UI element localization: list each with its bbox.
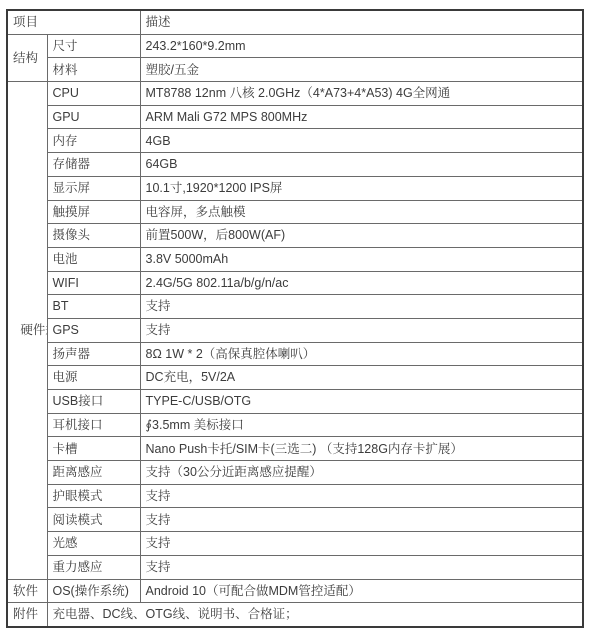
- spec-label: 摄像头: [47, 224, 140, 248]
- spec-label: 内存: [47, 129, 140, 153]
- spec-value: 2.4G/5G 802.11a/b/g/n/ac: [140, 271, 583, 295]
- spec-row: GPS支持: [7, 318, 583, 342]
- spec-sheet-page: 项目 描述 结构尺寸243.2*160*9.2mm材料塑胶/五金硬件规格CPUM…: [0, 0, 593, 634]
- spec-value: ∮3.5mm 美标接口: [140, 413, 583, 437]
- spec-table: 项目 描述 结构尺寸243.2*160*9.2mm材料塑胶/五金硬件规格CPUM…: [6, 9, 584, 628]
- spec-value: 64GB: [140, 153, 583, 177]
- spec-value: Nano Push卡托/SIM卡(三选二) （支持128G内存卡扩展）: [140, 437, 583, 461]
- header-description-cell: 描述: [140, 10, 583, 34]
- spec-row: USB接口TYPE-C/USB/OTG: [7, 390, 583, 414]
- spec-label: 阅读模式: [47, 508, 140, 532]
- spec-value: 4GB: [140, 129, 583, 153]
- spec-label: 电池: [47, 247, 140, 271]
- spec-row: 阅读模式支持: [7, 508, 583, 532]
- spec-row: 触摸屏电容屏，多点触模: [7, 200, 583, 224]
- spec-row: 存储器64GB: [7, 153, 583, 177]
- spec-label: 卡槽: [47, 437, 140, 461]
- group-cell: 硬件规格: [7, 82, 47, 579]
- spec-label: 护眼模式: [47, 484, 140, 508]
- spec-row: 软件OS(操作系统)Android 10（可配合做MDM管控适配）: [7, 579, 583, 603]
- spec-row: 电池3.8V 5000mAh: [7, 247, 583, 271]
- spec-row: 显示屏10.1寸,1920*1200 IPS屏: [7, 176, 583, 200]
- spec-value: 支持: [140, 318, 583, 342]
- spec-label: 扬声器: [47, 342, 140, 366]
- group-cell: 软件: [7, 579, 47, 603]
- spec-label: 电源: [47, 366, 140, 390]
- spec-row: 扬声器8Ω 1W * 2（高保真腔体喇叭）: [7, 342, 583, 366]
- spec-label: 尺寸: [47, 34, 140, 58]
- spec-row: 光感支持: [7, 532, 583, 556]
- spec-value: 塑胶/五金: [140, 58, 583, 82]
- spec-label: 存储器: [47, 153, 140, 177]
- group-cell: 结构: [7, 34, 47, 81]
- spec-value: 支持（30公分近距离感应提醒）: [140, 461, 583, 485]
- group-label: 硬件规格: [20, 320, 34, 342]
- spec-value: 电容屏，多点触模: [140, 200, 583, 224]
- spec-row: 重力感应支持: [7, 555, 583, 579]
- spec-value: MT8788 12nm 八核 2.0GHz（4*A73+4*A53) 4G全网通: [140, 82, 583, 106]
- spec-value: 充电器、DC线、OTG线、说明书、合格证；: [47, 603, 583, 627]
- spec-value: 支持: [140, 555, 583, 579]
- spec-value: 支持: [140, 295, 583, 319]
- spec-label: 显示屏: [47, 176, 140, 200]
- spec-row: 硬件规格CPUMT8788 12nm 八核 2.0GHz（4*A73+4*A53…: [7, 82, 583, 106]
- spec-row: 卡槽Nano Push卡托/SIM卡(三选二) （支持128G内存卡扩展）: [7, 437, 583, 461]
- group-label: 结构: [13, 51, 38, 65]
- spec-row: 材料塑胶/五金: [7, 58, 583, 82]
- spec-label: GPS: [47, 318, 140, 342]
- header-item-cell: 项目: [7, 10, 140, 34]
- spec-label: 重力感应: [47, 555, 140, 579]
- spec-row: 内存4GB: [7, 129, 583, 153]
- spec-row: WIFI2.4G/5G 802.11a/b/g/n/ac: [7, 271, 583, 295]
- spec-row: 结构尺寸243.2*160*9.2mm: [7, 34, 583, 58]
- spec-value: Android 10（可配合做MDM管控适配）: [140, 579, 583, 603]
- spec-row: 距离感应支持（30公分近距离感应提醒）: [7, 461, 583, 485]
- spec-label: USB接口: [47, 390, 140, 414]
- spec-value: DC充电，5V/2A: [140, 366, 583, 390]
- group-cell: 附件: [7, 603, 47, 627]
- spec-value: ARM Mali G72 MPS 800MHz: [140, 105, 583, 129]
- spec-value: 3.8V 5000mAh: [140, 247, 583, 271]
- spec-value: 243.2*160*9.2mm: [140, 34, 583, 58]
- spec-value: 支持: [140, 484, 583, 508]
- group-label: 附件: [13, 607, 38, 621]
- spec-value: 支持: [140, 532, 583, 556]
- spec-label: BT: [47, 295, 140, 319]
- spec-row: BT支持: [7, 295, 583, 319]
- spec-value: 前置500W，后800W(AF): [140, 224, 583, 248]
- header-row: 项目 描述: [7, 10, 583, 34]
- spec-label: CPU: [47, 82, 140, 106]
- spec-label: 材料: [47, 58, 140, 82]
- spec-row: 护眼模式支持: [7, 484, 583, 508]
- spec-value: 10.1寸,1920*1200 IPS屏: [140, 176, 583, 200]
- group-label: 软件: [13, 584, 38, 598]
- spec-row: 摄像头前置500W，后800W(AF): [7, 224, 583, 248]
- spec-value: TYPE-C/USB/OTG: [140, 390, 583, 414]
- spec-value: 8Ω 1W * 2（高保真腔体喇叭）: [140, 342, 583, 366]
- spec-row: 电源DC充电，5V/2A: [7, 366, 583, 390]
- spec-row: GPUARM Mali G72 MPS 800MHz: [7, 105, 583, 129]
- spec-value: 支持: [140, 508, 583, 532]
- spec-label: GPU: [47, 105, 140, 129]
- spec-label: 耳机接口: [47, 413, 140, 437]
- spec-label: 距离感应: [47, 461, 140, 485]
- spec-label: 触摸屏: [47, 200, 140, 224]
- spec-row: 耳机接口∮3.5mm 美标接口: [7, 413, 583, 437]
- spec-label: 光感: [47, 532, 140, 556]
- spec-label: OS(操作系统): [47, 579, 140, 603]
- spec-label: WIFI: [47, 271, 140, 295]
- spec-row: 附件充电器、DC线、OTG线、说明书、合格证；: [7, 603, 583, 627]
